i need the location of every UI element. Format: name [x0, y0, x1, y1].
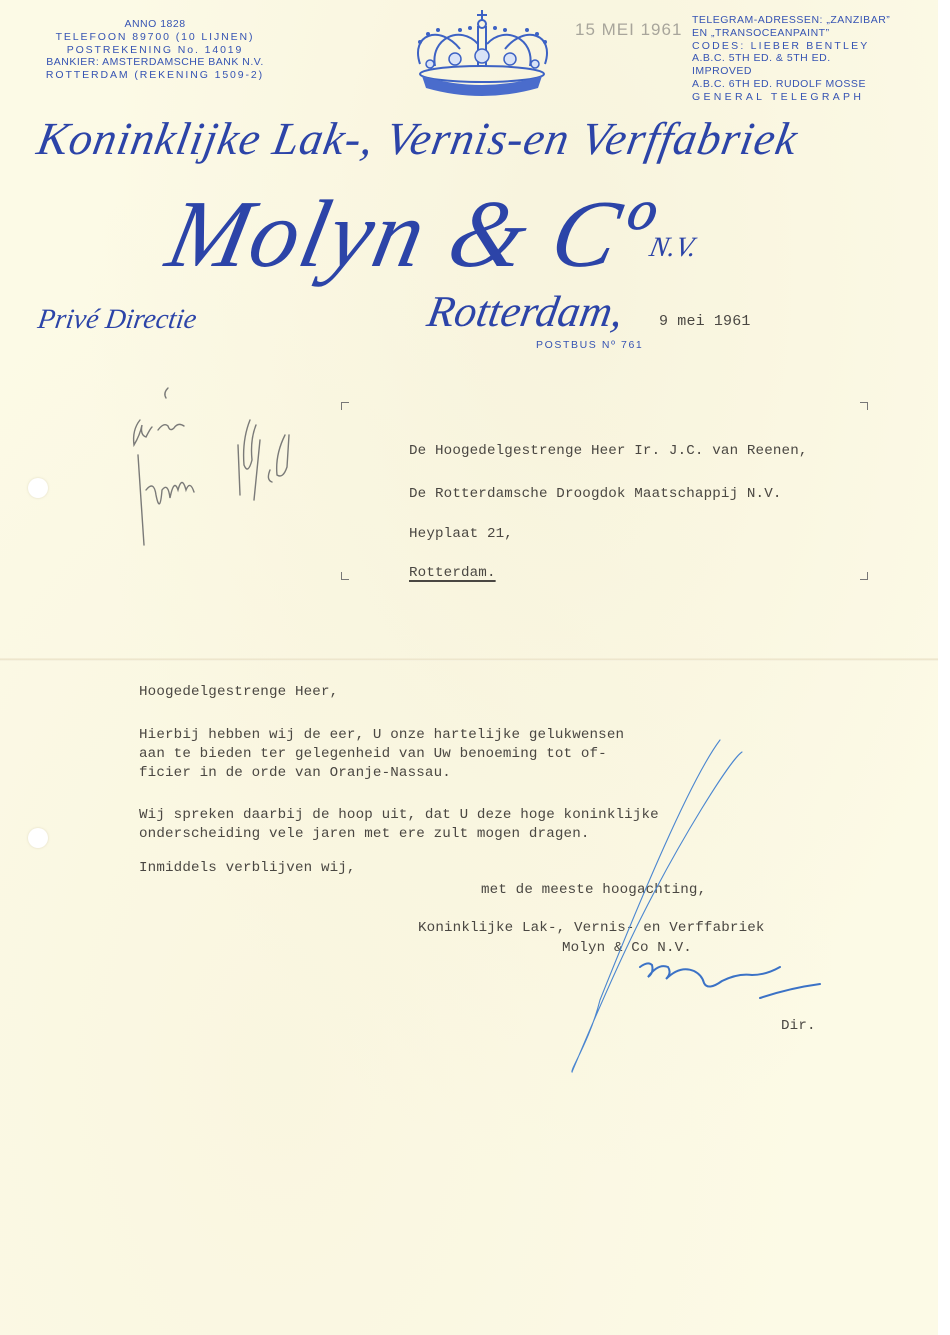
letter-date: 9 mei 1961	[659, 313, 751, 330]
telegram-address-2: EN „TRANSOCEANPAINT”	[692, 27, 892, 40]
signature-company: Koninklijke Lak-, Vernis- en Verffabriek	[418, 920, 765, 936]
codes-line-1: CODES: LIEBER BENTLEY	[692, 40, 892, 53]
paragraph1-line3: ficier in de orde van Oranje-Nassau.	[139, 765, 451, 781]
codes-line-4: GENERAL TELEGRAPH	[692, 91, 892, 104]
address-city: Rotterdam.	[409, 565, 496, 581]
closing-line: Inmiddels verblijven wij,	[139, 860, 356, 876]
signature-title: Dir.	[781, 1018, 816, 1034]
signature-name: Molyn & Co N.V.	[562, 940, 692, 956]
letterhead-contact-block: ANNO 1828 TELEFOON 89700 (10 LIJNEN) POS…	[45, 18, 265, 82]
company-full-name: Koninklijke Lak-, Vernis-en Verffabriek	[33, 112, 802, 165]
letterhead-account: ROTTERDAM (REKENING 1509-2)	[45, 69, 265, 82]
paragraph1-line2: aan te bieden ter gelegenheid van Uw ben…	[139, 746, 607, 762]
address-window-corner	[860, 402, 868, 410]
letterhead-city: Rotterdam,	[424, 286, 628, 337]
company-suffix: N.V.	[647, 232, 700, 264]
address-window-corner	[860, 572, 868, 580]
punch-hole-upper	[28, 478, 48, 498]
paper-fold-line	[0, 658, 938, 661]
address-company: De Rotterdamsche Droogdok Maatschappij N…	[409, 486, 782, 502]
letterhead-bank: BANKIER: AMSTERDAMSCHE BANK N.V.	[45, 56, 265, 69]
company-logo-name: Molyn & Cº	[158, 178, 663, 289]
salutation: Hoogedelgestrenge Heer,	[139, 684, 338, 700]
paragraph1-line1: Hierbij hebben wij de eer, U onze hartel…	[139, 727, 624, 743]
letter-paper: ANNO 1828 TELEFOON 89700 (10 LIJNEN) POS…	[0, 0, 938, 1335]
royal-crown-icon	[400, 4, 565, 104]
address-recipient: De Hoogedelgestrenge Heer Ir. J.C. van R…	[409, 443, 808, 459]
pencil-annotation-icon	[110, 380, 310, 560]
letterhead-postrekening: POSTREKENING No. 14019	[45, 44, 265, 57]
letterhead-telephone: TELEFOON 89700 (10 LIJNEN)	[45, 31, 265, 44]
address-window-corner	[341, 572, 349, 580]
codes-line-2: A.B.C. 5TH ED. & 5TH ED. IMPROVED	[692, 52, 892, 78]
address-street: Heyplaat 21,	[409, 526, 513, 542]
closing-regards: met de meeste hoogachting,	[481, 882, 706, 898]
codes-line-3: A.B.C. 6TH ED. RUDOLF MOSSE	[692, 78, 892, 91]
department-label: Privé Directie	[36, 304, 199, 336]
address-window-corner	[341, 402, 349, 410]
paragraph2-line2: onderscheiding vele jaren met ere zult m…	[139, 826, 590, 842]
letterhead-anno: ANNO 1828	[45, 18, 265, 31]
punch-hole-lower	[28, 828, 48, 848]
postbus-label: POSTBUS Nº 761	[536, 339, 643, 351]
paragraph2-line1: Wij spreken daarbij de hoop uit, dat U d…	[139, 807, 659, 823]
telegram-address-1: TELEGRAM-ADRESSEN: „ZANZIBAR”	[692, 14, 892, 27]
letterhead-telegram-block: TELEGRAM-ADRESSEN: „ZANZIBAR” EN „TRANSO…	[692, 14, 892, 104]
received-date-stamp: 15 MEI 1961	[575, 20, 682, 40]
